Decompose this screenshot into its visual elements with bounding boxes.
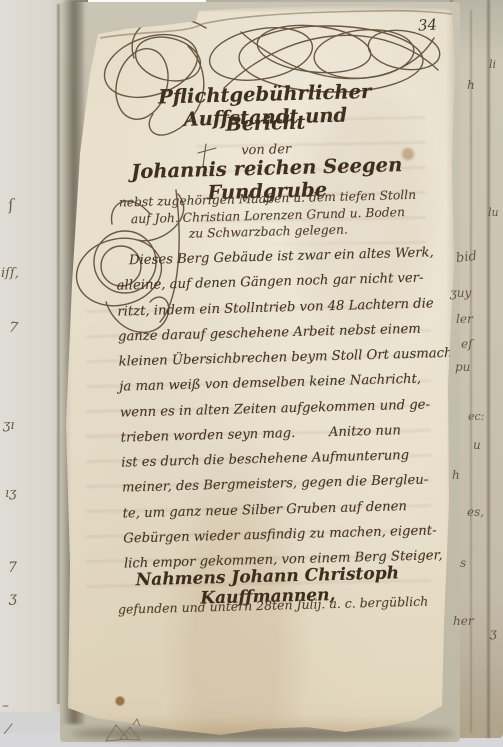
ink-fragment: her: [453, 614, 474, 628]
pencil-sketch-triangles: [100, 718, 150, 746]
ink-fragment: ʒı: [3, 418, 15, 433]
ink-fragment: lu: [488, 206, 499, 219]
ink-fragment: 7: [8, 320, 19, 337]
ink-fragment: ʒ: [9, 590, 17, 606]
manuscript-page: 34 Pflichtgebührlicher Auffstandt und Be…: [56, 4, 458, 744]
page-content: Pflichtgebührlicher Auffstandt und Beric…: [47, 0, 468, 747]
page-number: 34: [417, 15, 437, 34]
ink-fragment: ler: [456, 312, 473, 326]
ink-fragment: ec:: [468, 410, 484, 423]
ink-fragment: ⁄: [7, 722, 9, 738]
ink-fragment: ʒ: [490, 626, 497, 640]
ink-fragment: h: [467, 78, 475, 92]
ink-fragment: s: [460, 556, 466, 570]
manuscript-photo: 34 Pflichtgebührlicher Auffstandt und Be…: [0, 0, 503, 747]
ink-fragment: pu: [455, 360, 470, 374]
ink-fragment: h: [452, 468, 460, 482]
ink-fragment: u: [473, 438, 481, 452]
ink-fragment: 7: [8, 560, 17, 576]
ink-fragment: ʒuy: [450, 286, 471, 300]
ink-fragment: eſ: [461, 337, 473, 351]
ink-fragment: es,: [467, 505, 484, 519]
ink-fragment: bid: [455, 249, 477, 266]
ink-fragment: li: [489, 58, 496, 71]
ink-fragment: iſſ,: [1, 266, 19, 281]
body-paragraph: Dieses Berg Gebäude ist zwar ein altes W…: [116, 240, 456, 577]
ink-fragment: –: [2, 698, 9, 714]
ink-fragment: ıʒ: [5, 486, 17, 501]
